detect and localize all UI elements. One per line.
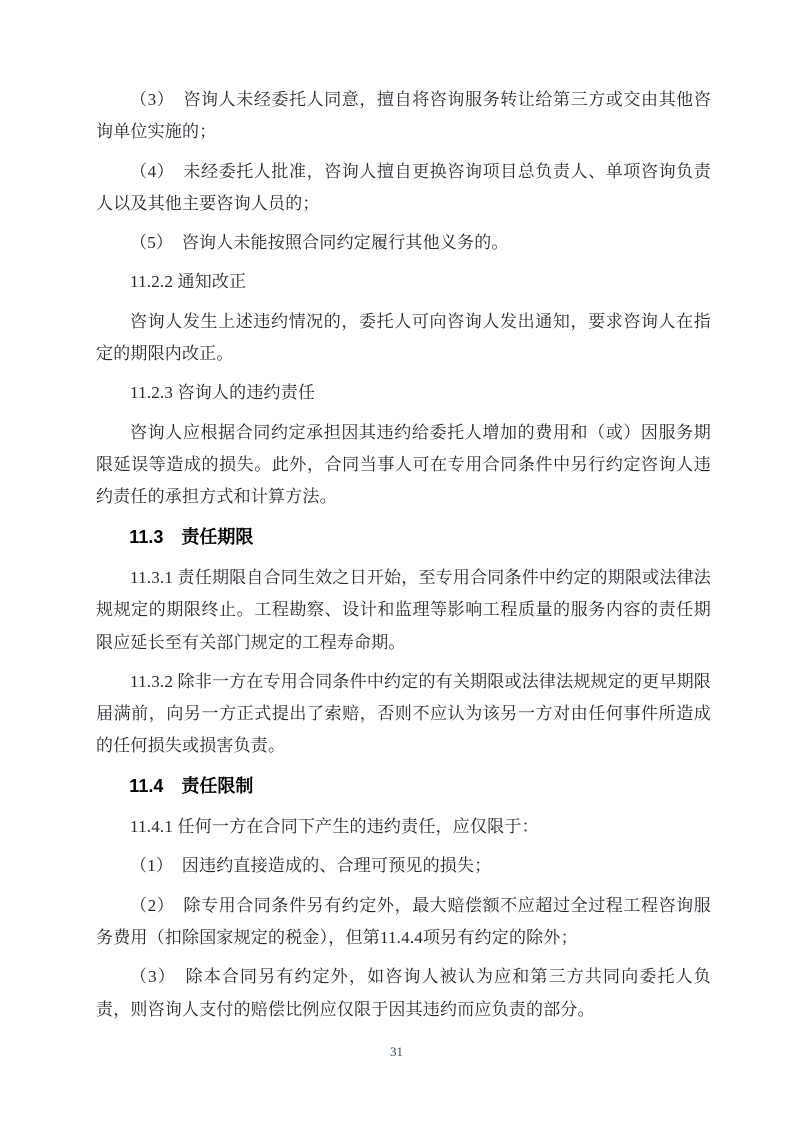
page-number: 31 — [0, 1044, 793, 1060]
document-content: （3） 咨询人未经委托人同意，擅自将咨询服务转让给第三方或交由其他咨询单位实施的… — [96, 84, 711, 1033]
section-heading-11-4: 11.4 责任限制 — [96, 770, 711, 802]
clause-item-11-4-1-2: （2） 除专用合同条件另有约定外，最大赔偿额不应超过全过程工程咨询服务费用（扣除… — [96, 890, 711, 955]
clause-item-11-2-1-3: （3） 咨询人未经委托人同意，擅自将咨询服务转让给第三方或交由其他咨询单位实施的… — [96, 84, 711, 149]
clause-item-11-4-1-3: （3） 除本合同另有约定外，如咨询人被认为应和第三方共同向委托人负责，则咨询人支… — [96, 961, 711, 1026]
section-heading-11-3: 11.3 责任期限 — [96, 521, 711, 553]
clause-text-11-3-2: 11.3.2 除非一方在专用合同条件中约定的有关期限或法律法规规定的更早期限届满… — [96, 666, 711, 763]
document-page: （3） 咨询人未经委托人同意，擅自将咨询服务转让给第三方或交由其他咨询单位实施的… — [0, 0, 793, 1122]
clause-item-11-2-1-4: （4） 未经委托人批准，咨询人擅自更换咨询项目总负责人、单项咨询负责人以及其他主… — [96, 156, 711, 221]
clause-item-11-4-1-1: （1） 因违约直接造成的、合理可预见的损失； — [96, 850, 711, 882]
clause-text-11-2-2: 咨询人发生上述违约情况的，委托人可向咨询人发出通知，要求咨询人在指定的期限内改正… — [96, 306, 711, 371]
clause-item-11-2-1-5: （5） 咨询人未能按照合同约定履行其他义务的。 — [96, 227, 711, 259]
clause-text-11-2-3: 咨询人应根据合同约定承担因其违约给委托人增加的费用和（或）因服务期限延误等造成的… — [96, 417, 711, 514]
clause-subheading-11-2-3: 11.2.3 咨询人的违约责任 — [96, 377, 711, 409]
clause-text-11-4-1: 11.4.1 任何一方在合同下产生的违约责任，应仅限于： — [96, 811, 711, 843]
clause-subheading-11-2-2: 11.2.2 通知改正 — [96, 266, 711, 298]
clause-text-11-3-1: 11.3.1 责任期限自合同生效之日开始，至专用合同条件中约定的期限或法律法规规… — [96, 562, 711, 659]
